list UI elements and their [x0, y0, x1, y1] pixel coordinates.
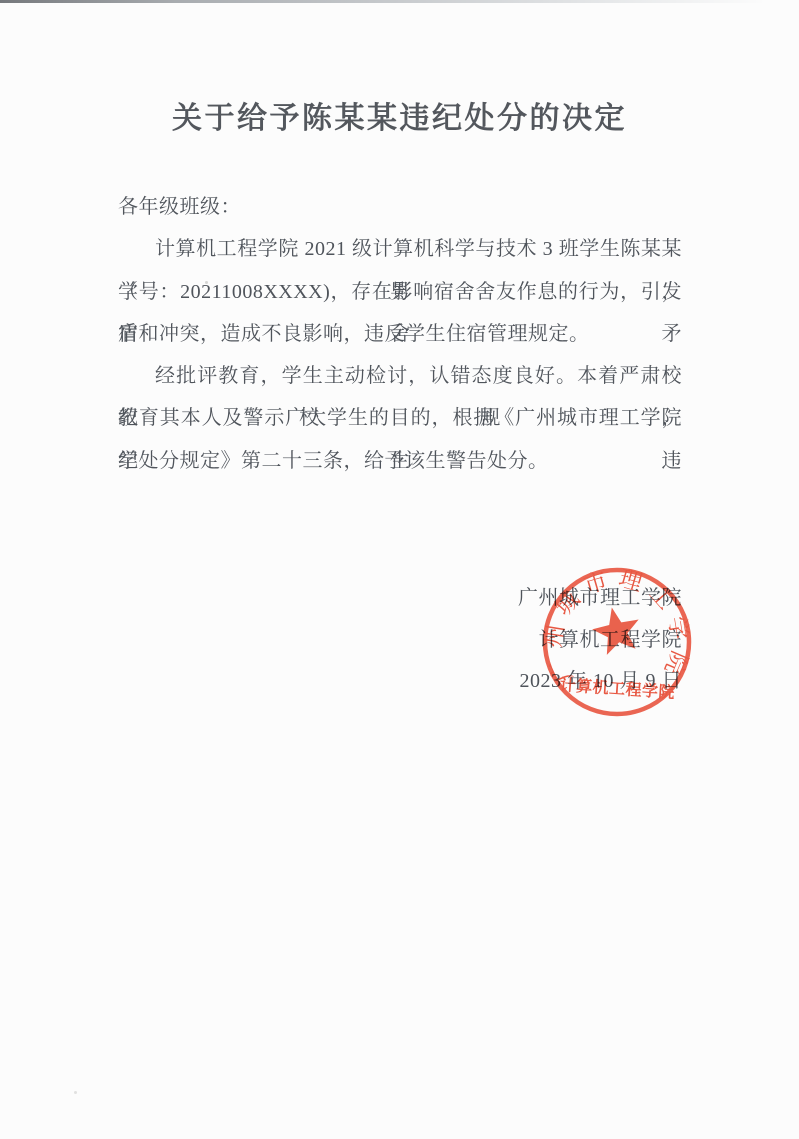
- scan-edge-artifact: [0, 0, 799, 3]
- scanned-document-page: 关于给予陈某某违纪处分的决定 各年级班级： 计算机工程学院 2021 级计算机科…: [0, 0, 799, 1139]
- body-line: 计算机工程学院 2021 级计算机科学与技术 3 班学生陈某某（男，: [118, 228, 682, 270]
- body-line: 学号：20211008XXXX)，存在影响宿舍舍友作息的行为，引发宿舍矛: [118, 271, 682, 313]
- body-line: 经批评教育，学生主动检讨，认错态度良好。本着严肃校纪校规，: [118, 355, 682, 397]
- document-body: 各年级班级： 计算机工程学院 2021 级计算机科学与技术 3 班学生陈某某（男…: [118, 186, 682, 482]
- scan-speck: [74, 1091, 77, 1094]
- body-line: 教育其本人及警示广大学生的目的，根据《广州城市理工学院学生违: [118, 397, 682, 439]
- document-title: 关于给予陈某某违纪处分的决定: [0, 93, 799, 137]
- salutation-line: 各年级班级：: [118, 186, 682, 228]
- seal-bottom-text: 计算机工程学院: [559, 675, 676, 702]
- star-icon: [589, 603, 645, 657]
- official-seal: 广州城市理工学院 计算机工程学院: [532, 557, 702, 727]
- scan-speck: [205, 281, 208, 284]
